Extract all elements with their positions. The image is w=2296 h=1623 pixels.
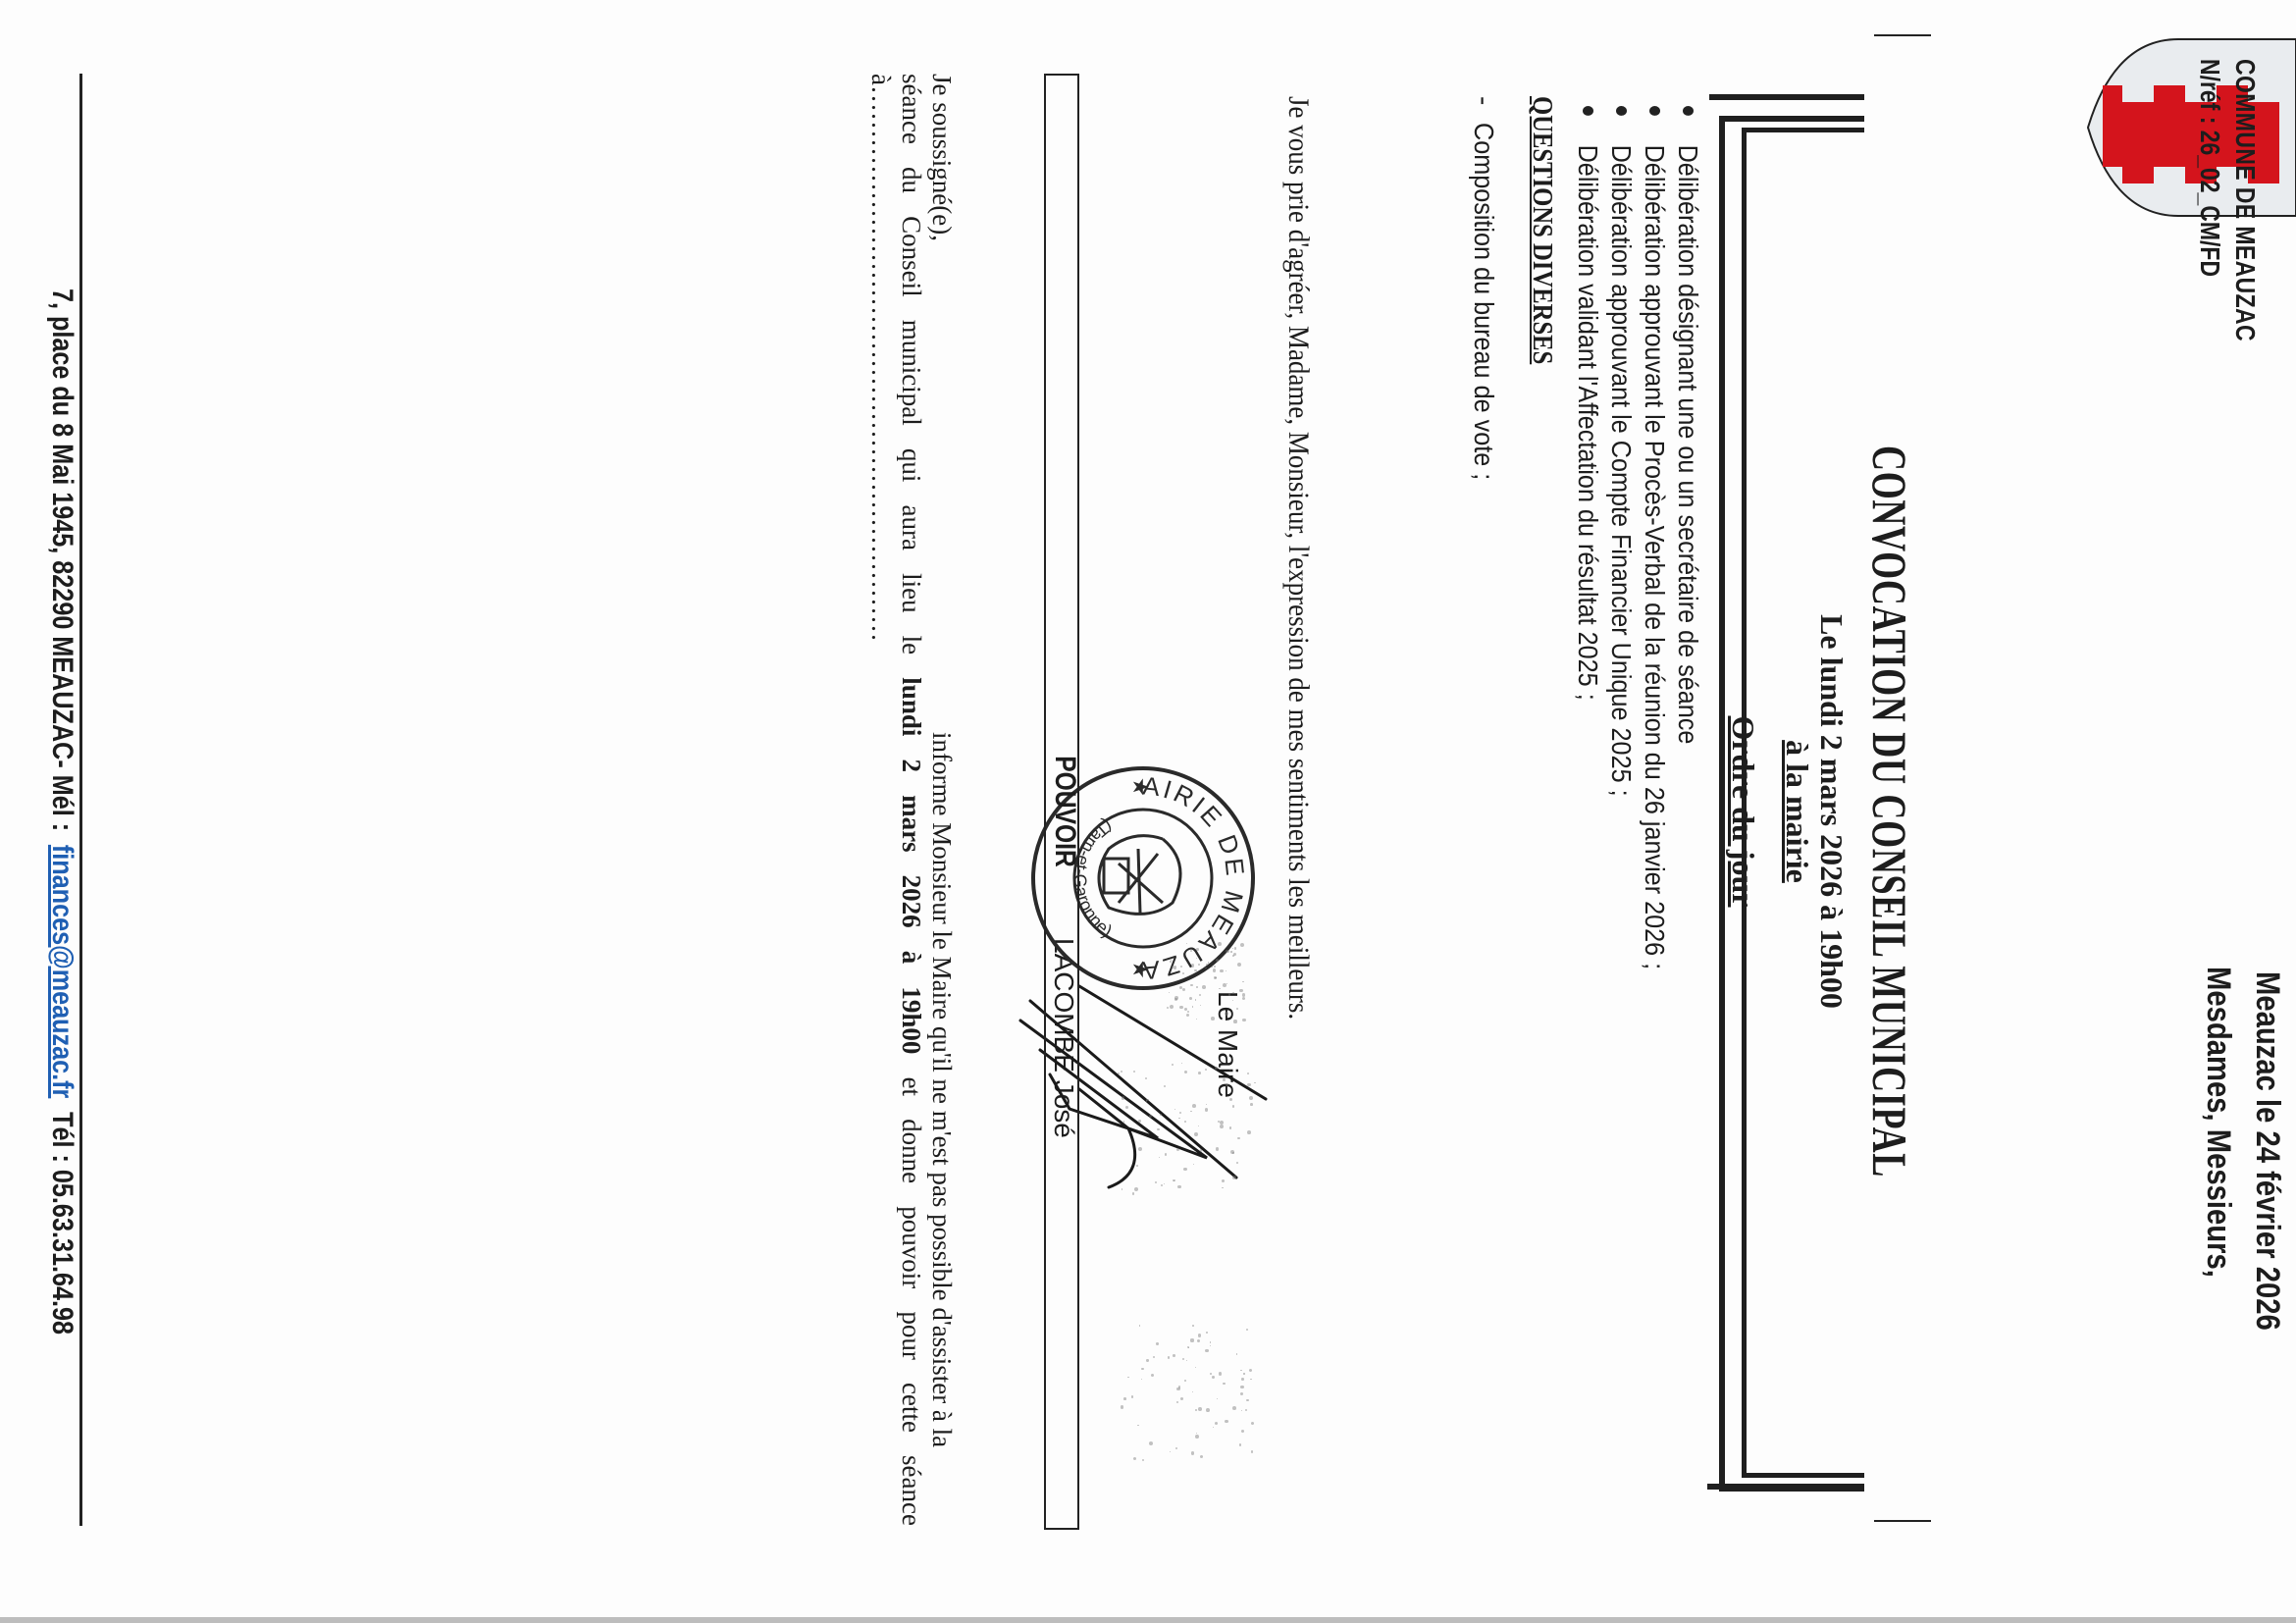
commune-name: COMMUNE DE MEAUZAC <box>2229 59 2261 341</box>
meeting-place: à la mairie <box>1779 0 1815 1623</box>
greeting: Mesdames, Messieurs, <box>2199 967 2237 1278</box>
document-title: CONVOCATION DU CONSEIL MUNICIPAL <box>1861 228 1918 1396</box>
handwritten-signature-icon <box>1001 981 1276 1197</box>
svg-text:MAIRIE DE MEAUZAC: MAIRIE DE MEAUZAC <box>1138 756 1266 985</box>
meeting-date: Le lundi 2 mars 2026 à 19h00 <box>1813 0 1850 1623</box>
questions-diverses-item: Composition du bureau de vote ; <box>1468 123 1499 480</box>
agenda-item: Délibération approuvant le Procès-Verbal… <box>1638 106 1671 969</box>
footer-phone: Tél : 05.63.31.64.98 <box>46 1112 78 1335</box>
bullet-icon <box>1683 106 1694 116</box>
pouvoir-title: POUVOIR <box>1048 146 1081 1477</box>
proxy-line-2: séance du Conseil municipal qui aura lie… <box>896 74 926 1526</box>
proxy-form: Je soussigné(e),informe Monsieur le Mair… <box>865 74 957 1526</box>
commune-crest-icon <box>2085 20 2296 236</box>
closing-formula: Je vous prie d'agréer, Madame, Monsieur,… <box>1281 96 1315 1020</box>
email-link[interactable]: finances@meauzac.fr <box>46 845 78 1098</box>
bullet-icon <box>1583 106 1593 116</box>
footer: 7, place du 8 Mai 1945, 82290 MEAUZAC- M… <box>45 130 78 1492</box>
dash-marker: - <box>1468 96 1499 105</box>
footer-rule <box>79 74 82 1526</box>
agenda-title: Ordre du jour <box>1725 0 1761 1623</box>
bullet-icon <box>1616 106 1627 116</box>
agenda-item: Délibération approuvant le Compte Financ… <box>1604 106 1638 969</box>
proxy-line-1: Je soussigné(e),informe Monsieur le Mair… <box>926 74 957 1526</box>
letter-page: COMMUNE DE MEAUZAC N/réf : 26_02_CM/FD M… <box>0 0 2296 1623</box>
scanned-document: COMMUNE DE MEAUZAC N/réf : 26_02_CM/FD M… <box>0 0 2296 1623</box>
proxy-line-3[interactable]: à……………………………………………………… <box>865 74 896 1526</box>
agenda-item: Délibération désignant une ou un secréta… <box>1671 106 1704 969</box>
reference-number: N/réf : 26_02_CM/FD <box>2194 59 2225 277</box>
questions-diverses-title: QUESTIONS DIVERSES <box>1526 96 1558 364</box>
svg-text:★: ★ <box>1127 777 1152 797</box>
agenda-list: Délibération désignant une ou un secréta… <box>1571 106 1704 1066</box>
footer-address: 7, place du 8 Mai 1945, 82290 MEAUZAC- M… <box>46 288 78 831</box>
svg-text:★: ★ <box>1127 960 1152 979</box>
letter-date: Meauzac le 24 février 2026 <box>2248 971 2286 1331</box>
bullet-icon <box>1649 106 1660 116</box>
agenda-item: Délibération validant l'Affectation du r… <box>1571 106 1604 969</box>
